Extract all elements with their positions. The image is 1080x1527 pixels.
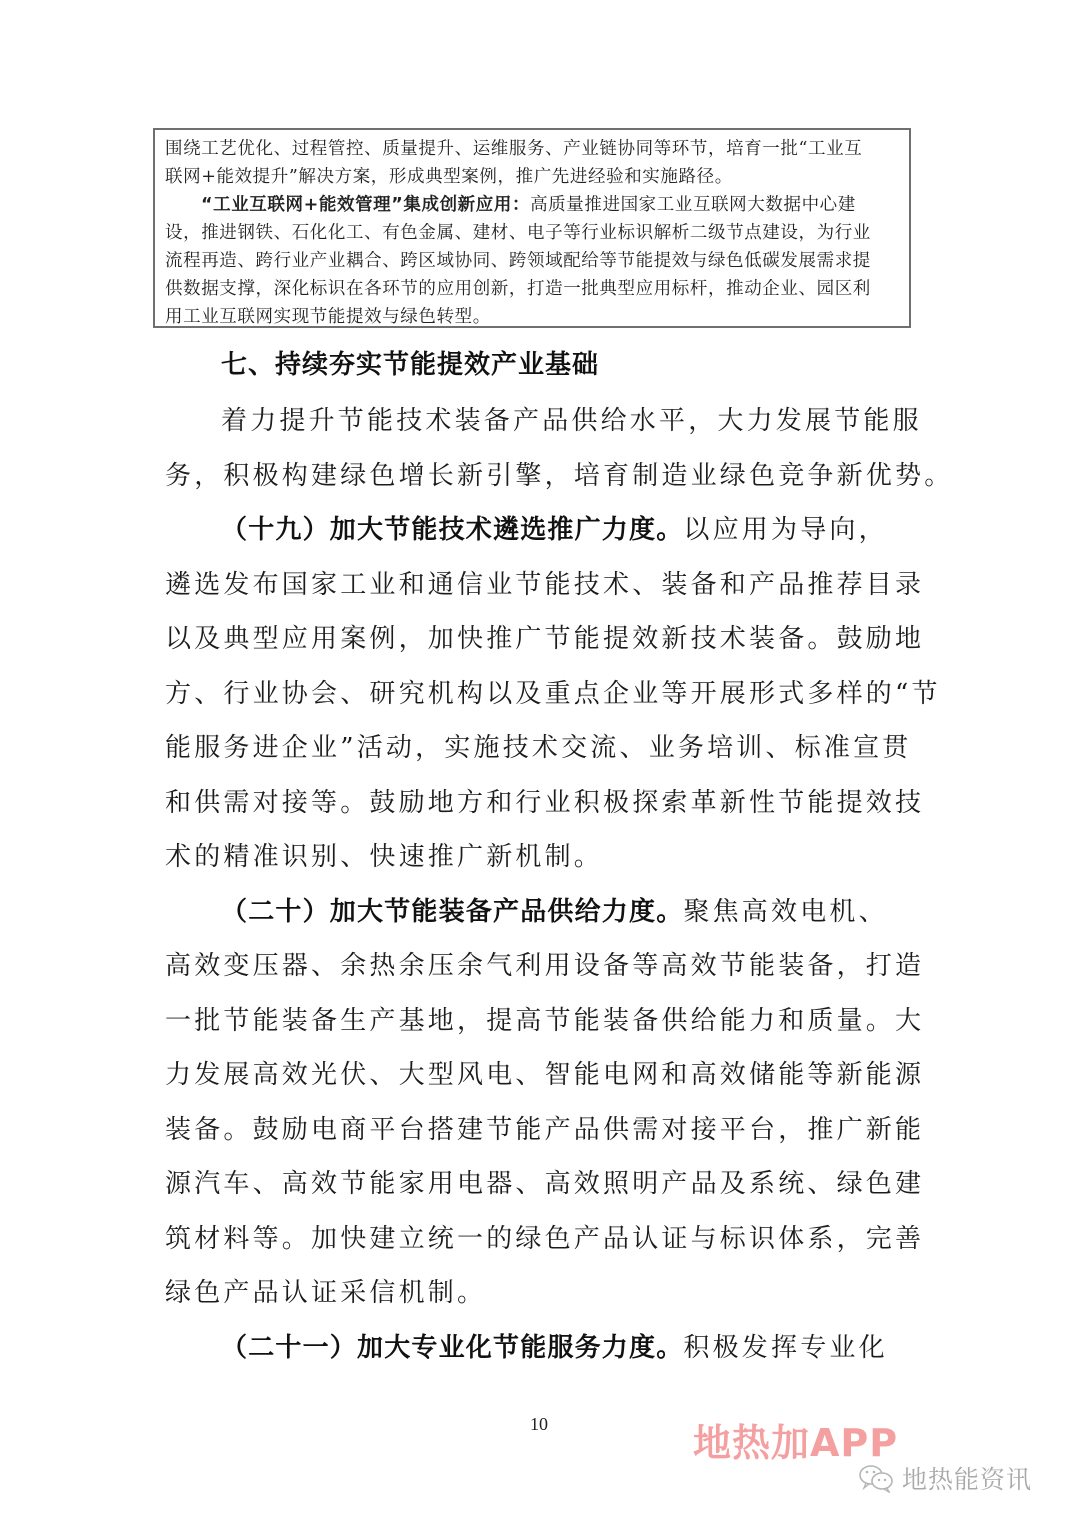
watermark-account: 地热能资讯 xyxy=(858,1460,1032,1496)
paragraph-20-first-line: （二十）加大节能装备产品供给力度。聚焦高效电机、 xyxy=(165,885,917,940)
note-line: 设，推进钢铁、石化化工、有色金属、建材、电子等行业标识解析二级节点建设，为行业 xyxy=(165,219,899,247)
paragraph-21-first-line: （二十一）加大专业化节能服务力度。积极发挥专业化 xyxy=(165,1321,917,1376)
paragraph-text: 以应用为导向， xyxy=(683,515,887,545)
note-line: 用工业互联网实现节能提效与绿色转型。 xyxy=(165,303,899,331)
paragraph-line: 和供需对接等。鼓励地方和行业积极探索革新性节能提效技 xyxy=(165,776,917,831)
section-heading: 七、持续夯实节能提效产业基础 xyxy=(165,340,917,390)
paragraph-line: 源汽车、高效节能家用电器、高效照明产品及系统、绿色建 xyxy=(165,1157,917,1212)
paragraph-line: 力发展高效光伏、大型风电、智能电网和高效储能等新能源 xyxy=(165,1048,917,1103)
paragraph-text: 聚焦高效电机、 xyxy=(683,897,887,927)
note-item-first-line: “工业互联网+能效管理”集成创新应用：高质量推进国家工业互联网大数据中心建 xyxy=(165,191,899,219)
page-number: 10 xyxy=(530,1414,548,1435)
intro-line: 务，积极构建绿色增长新引擎，培育制造业绿色竞争新优势。 xyxy=(165,449,917,504)
paragraph-19-title: （十九）加大节能技术遴选推广力度。 xyxy=(221,515,683,545)
watermark-account-name: 地热能资讯 xyxy=(902,1460,1032,1496)
paragraph-line: 方、行业协会、研究机构以及重点企业等开展形式多样的“节 xyxy=(165,667,917,722)
body-text: 七、持续夯实节能提效产业基础 着力提升节能技术装备产品供给水平，大力发展节能服 … xyxy=(165,340,917,1375)
note-line: 流程再造、跨行业产业耦合、跨区域协同、跨领域配给等节能提效与绿色低碳发展需求提 xyxy=(165,247,899,275)
paragraph-line: 高效变压器、余热余压余气利用设备等高效节能装备，打造 xyxy=(165,939,917,994)
paragraph-line: 绿色产品认证采信机制。 xyxy=(165,1266,917,1321)
note-item-text: 高质量推进国家工业互联网大数据中心建 xyxy=(530,195,856,215)
paragraph-20-title: （二十）加大节能装备产品供给力度。 xyxy=(221,897,683,927)
note-line: 供数据支撑，深化标识在各环节的应用创新，打造一批典型应用标杆，推动企业、园区利 xyxy=(165,275,899,303)
paragraph-line: 能服务进企业”活动，实施技术交流、业务培训、标准宣贯 xyxy=(165,721,917,776)
paragraph-line: 装备。鼓励电商平台搭建节能产品供需对接平台，推广新能 xyxy=(165,1103,917,1158)
intro-line: 着力提升节能技术装备产品供给水平，大力发展节能服 xyxy=(165,394,917,449)
paragraph-text: 积极发挥专业化 xyxy=(683,1333,887,1363)
paragraph-line: 术的精准识别、快速推广新机制。 xyxy=(165,830,917,885)
document-page: 围绕工艺优化、过程管控、质量提升、运维服务、产业链协同等环节，培育一批“工业互 … xyxy=(0,0,1080,1527)
note-item-title: “工业互联网+能效管理”集成创新应用： xyxy=(201,195,530,215)
note-line: 联网+能效提升”解决方案，形成典型案例，推广先进经验和实施路径。 xyxy=(165,163,899,191)
paragraph-line: 筑材料等。加快建立统一的绿色产品认证与标识体系，完善 xyxy=(165,1212,917,1267)
paragraph-21-title: （二十一）加大专业化节能服务力度。 xyxy=(221,1333,683,1363)
watermark-app: 地热加APP xyxy=(693,1412,898,1467)
paragraph-line: 一批节能装备生产基地，提高节能装备供给能力和质量。大 xyxy=(165,994,917,1049)
note-box: 围绕工艺优化、过程管控、质量提升、运维服务、产业链协同等环节，培育一批“工业互 … xyxy=(153,128,911,328)
wechat-icon xyxy=(858,1463,896,1493)
paragraph-line: 以及典型应用案例，加快推广节能提效新技术装备。鼓励地 xyxy=(165,612,917,667)
paragraph-19-first-line: （十九）加大节能技术遴选推广力度。以应用为导向， xyxy=(165,503,917,558)
note-line: 围绕工艺优化、过程管控、质量提升、运维服务、产业链协同等环节，培育一批“工业互 xyxy=(165,135,899,163)
paragraph-line: 遴选发布国家工业和通信业节能技术、装备和产品推荐目录 xyxy=(165,558,917,613)
